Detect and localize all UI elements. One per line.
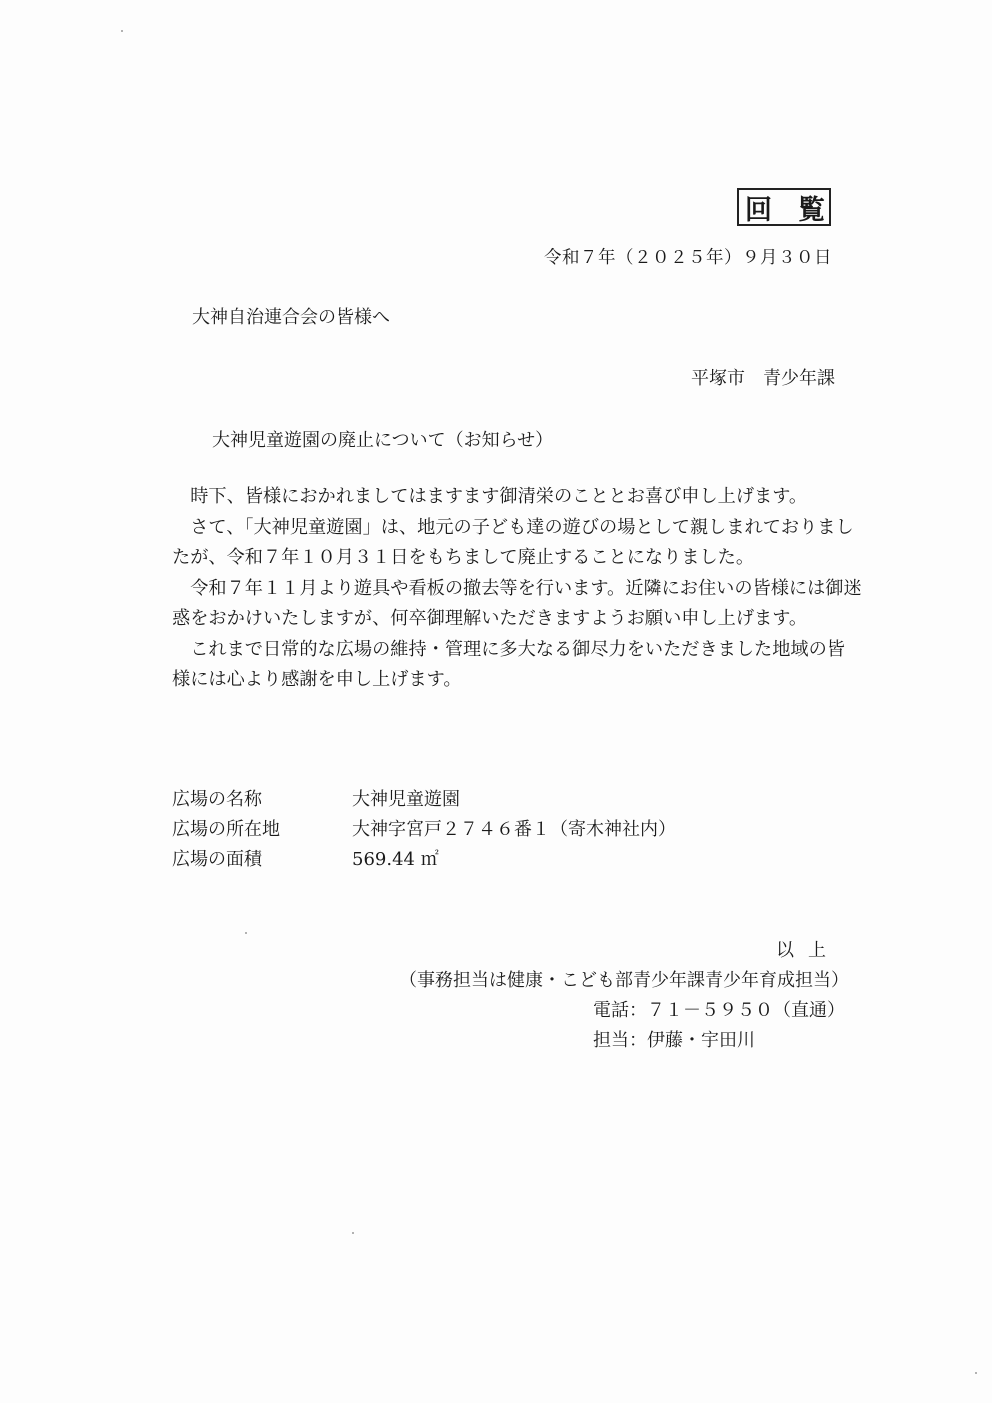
body-paragraph: これまで日常的な広場の維持・管理に多大なる御尽力をいただきました地域の皆様には心… [172,635,862,696]
document-date: 令和７年（２０２５年）９月３０日 [544,244,832,269]
document-page: 回 覧 令和７年（２０２５年）９月３０日 大神自治連合会の皆様へ 平塚市 青少年… [0,0,992,1403]
body-paragraph: さて、「大神児童遊園」は、地元の子ども達の遊びの場として親しまれておりましたが、… [172,513,862,574]
document-subject: 大神児童遊園の廃止について（お知らせ） [212,426,553,452]
detail-value: 大神字宮戸２７４６番１（寄木神社内） [352,815,676,845]
body-paragraph: 令和７年１１月より遊具や看板の撤去等を行います。近隣にお住いの皆様には御迷惑をお… [172,574,862,635]
scan-speck [121,30,123,32]
circulation-stamp: 回 覧 [737,188,831,226]
detail-label: 広場の所在地 [172,815,352,845]
closing-mark: 以上 [776,936,840,962]
contact-telephone: 電話：７１－５９５０（直通） [593,996,845,1022]
detail-label: 広場の名称 [172,785,352,815]
scan-speck [352,1232,354,1234]
body-text: 時下、皆様におかれましてはますます御清栄のこととお喜び申し上げます。 さて、「大… [172,482,862,696]
detail-value: 569.44 ㎡ [352,845,439,875]
circulation-stamp-char-2: 覧 [798,188,825,227]
detail-row-area: 広場の面積 569.44 ㎡ [172,845,676,875]
contact-person: 担当：伊藤・宇田川 [593,1026,755,1052]
circulation-stamp-char-1: 回 [745,188,772,227]
body-paragraph: 時下、皆様におかれましてはますます御清栄のこととお喜び申し上げます。 [172,482,862,513]
addressee: 大神自治連合会の皆様へ [192,303,390,329]
detail-row-location: 広場の所在地 大神字宮戸２７４６番１（寄木神社内） [172,815,676,845]
scan-speck [975,1372,977,1374]
scan-speck [245,932,247,934]
detail-value: 大神児童遊園 [352,785,460,815]
sender: 平塚市 青少年課 [691,364,835,390]
contact-department: （事務担当は健康・こども部青少年課青少年育成担当） [399,966,849,992]
detail-row-name: 広場の名称 大神児童遊園 [172,785,676,815]
detail-label: 広場の面積 [172,845,352,875]
park-details: 広場の名称 大神児童遊園 広場の所在地 大神字宮戸２７４６番１（寄木神社内） 広… [172,785,676,875]
